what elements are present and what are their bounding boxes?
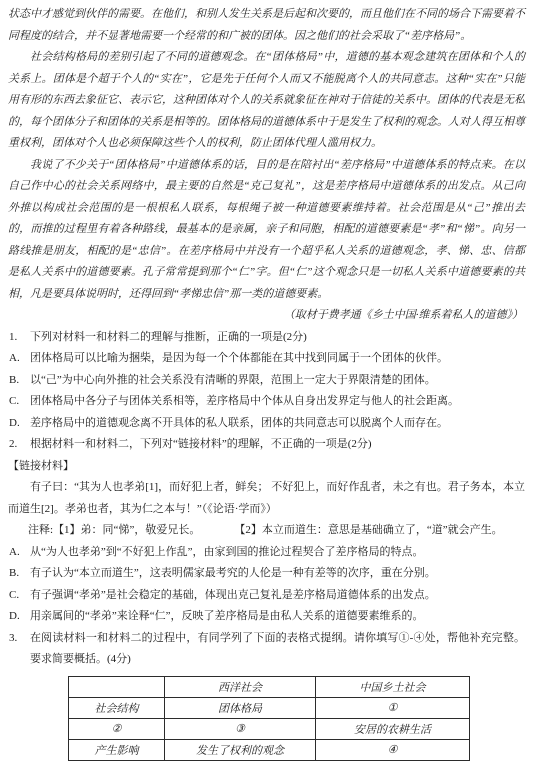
- question-2-text: 根据材料一和材料二，下列对“链接材料”的理解，不正确的一项是(2分): [30, 438, 372, 450]
- question-2-option-a: A.从“为人也孝弟”到“不好犯上作乱”，由家到国的推论过程契合了差序格局的特点。: [8, 542, 525, 564]
- option-a-label: A.: [9, 542, 20, 564]
- table-header-china: 中国乡土社会: [316, 676, 470, 697]
- question-2-option-b: B.有子认为“本立而道生”，这表明儒家最考究的人伦是一种有差等的次序，重在分别。: [8, 563, 525, 585]
- cell-value: 安居的农耕生活: [316, 718, 470, 739]
- table-row-influence: 产生影响 发生了权利的观念 ④: [69, 739, 470, 760]
- table-header-row: 西洋社会 中国乡土社会: [69, 676, 470, 697]
- material-paragraph-continuation: 状态中才感觉到伙伴的需要。在他们，和别人发生关系是后起和次要的，而且他们在不同的…: [8, 4, 525, 47]
- exam-page: 状态中才感觉到伙伴的需要。在他们，和别人发生关系是后起和次要的，而且他们在不同的…: [0, 0, 534, 762]
- material-paragraph: 社会结构格局的差别引起了不同的道德观念。在“团体格局”中，道德的基本观念建筑在团…: [8, 47, 525, 155]
- reading-material: 状态中才感觉到伙伴的需要。在他们，和别人发生关系是后起和次要的，而且他们在不同的…: [8, 4, 525, 327]
- linked-material-quote: 有子曰：“其为人也孝弟[1]，而好犯上者，鲜矣； 不好犯上，而好作乱者，未之有也…: [8, 477, 525, 520]
- option-c-label: C.: [9, 391, 19, 413]
- question-3-text: 在阅读材料一和材料二的过程中，有同学列了下面的表格式提纲。请你填写①-④处，帮他…: [30, 632, 525, 666]
- cell-blank-2: ②: [69, 718, 165, 739]
- option-a-text: 从“为人也孝弟”到“不好犯上作乱”，由家到国的推论过程契合了差序格局的特点。: [30, 546, 424, 558]
- cell-blank-1: ①: [316, 697, 470, 718]
- table-header-western: 西洋社会: [165, 676, 316, 697]
- option-b-text: 有子认为“本立而道生”，这表明儒家最考究的人伦是一种有差等的次序，重在分别。: [30, 567, 436, 579]
- question-3: 3.在阅读材料一和材料二的过程中，有同学列了下面的表格式提纲。请你填写①-④处，…: [8, 628, 525, 761]
- option-d-text: 用亲属间的“孝弟”来诠释“仁”，反映了差序格局是由私人关系的道德要素维系的。: [30, 610, 424, 622]
- question-1-stem: 1.下列对材料一和材料二的理解与推断，正确的一项是(2分): [8, 327, 525, 349]
- note-1: 【1】弟：同“悌”，敬爱兄长。: [53, 524, 200, 536]
- table-row-cause: ② ③ 安居的农耕生活: [69, 718, 470, 739]
- question-2: 2.根据材料一和材料二，下列对“链接材料”的理解，不正确的一项是(2分) 【链接…: [8, 434, 525, 628]
- question-1-number: 1.: [9, 327, 17, 349]
- question-1: 1.下列对材料一和材料二的理解与推断，正确的一项是(2分) A.团体格局可以比喻…: [8, 327, 525, 435]
- option-d-label: D.: [9, 606, 20, 628]
- cell-blank-3: ③: [165, 718, 316, 739]
- cell-blank-4: ④: [316, 739, 470, 760]
- option-d-label: D.: [9, 413, 20, 435]
- option-b-text: 以“己”为中心向外推的社会关系没有清晰的界限，范围上一定大于界限清楚的团体。: [30, 374, 436, 386]
- option-b-label: B.: [9, 370, 19, 392]
- table-row-structure: 社会结构 团体格局 ①: [69, 697, 470, 718]
- option-c-label: C.: [9, 585, 19, 607]
- question-2-number: 2.: [9, 434, 17, 456]
- question-1-option-d: D.差序格局中的道德观念离不开具体的私人联系，团体的共同意志可以脱离个人而存在。: [8, 413, 525, 435]
- source-attribution: （取材于费孝通《乡土中国·维系着私人的道德》）: [8, 305, 525, 327]
- question-2-stem: 2.根据材料一和材料二，下列对“链接材料”的理解，不正确的一项是(2分): [8, 434, 525, 456]
- question-1-option-b: B.以“己”为中心向外推的社会关系没有清晰的界限，范围上一定大于界限清楚的团体。: [8, 370, 525, 392]
- option-a-text: 团体格局可以比喻为捆柴，是因为每一个个体都能在其中找到同属于一个团体的伙伴。: [30, 352, 448, 364]
- question-2-option-d: D.用亲属间的“孝弟”来诠释“仁”，反映了差序格局是由私人关系的道德要素维系的。: [8, 606, 525, 628]
- outline-table: 西洋社会 中国乡土社会 社会结构 团体格局 ① ② ③ 安居的农耕生活 产生影响…: [68, 676, 470, 761]
- note-2: 【2】本立而道生：意思是基础确立了，“道”就会产生。: [234, 520, 502, 542]
- option-a-label: A.: [9, 348, 20, 370]
- notes-label: 注释:: [28, 524, 53, 536]
- row-label: 产生影响: [69, 739, 165, 760]
- question-1-text: 下列对材料一和材料二的理解与推断，正确的一项是(2分): [30, 331, 307, 343]
- question-2-option-c: C.有子强调“孝弟”是社会稳定的基础，体现出克己复礼是差序格局道德体系的出发点。: [8, 585, 525, 607]
- option-c-text: 团体格局中各分子与团体关系相等，差序格局中个体从自身出发界定与他人的社会距离。: [30, 395, 459, 407]
- option-d-text: 差序格局中的道德观念离不开具体的私人联系，团体的共同意志可以脱离个人而存在。: [30, 417, 448, 429]
- linked-material-notes: 注释:【1】弟：同“悌”，敬爱兄长。 【2】本立而道生：意思是基础确立了，“道”…: [8, 520, 525, 542]
- question-3-stem: 3.在阅读材料一和材料二的过程中，有同学列了下面的表格式提纲。请你填写①-④处，…: [8, 628, 525, 671]
- option-b-label: B.: [9, 563, 19, 585]
- table-header-empty: [69, 676, 165, 697]
- linked-material-heading: 【链接材料】: [8, 456, 525, 478]
- question-1-option-c: C.团体格局中各分子与团体关系相等，差序格局中个体从自身出发界定与他人的社会距离…: [8, 391, 525, 413]
- question-3-number: 3.: [9, 628, 17, 650]
- notes-part-1: 注释:【1】弟：同“悌”，敬爱兄长。: [28, 520, 200, 542]
- row-label: 社会结构: [69, 697, 165, 718]
- question-1-option-a: A.团体格局可以比喻为捆柴，是因为每一个个体都能在其中找到同属于一个团体的伙伴。: [8, 348, 525, 370]
- questions-section: 1.下列对材料一和材料二的理解与推断，正确的一项是(2分) A.团体格局可以比喻…: [8, 327, 525, 761]
- material-paragraph: 我说了不少关于“团体格局”中道德体系的话，目的是在陪衬出“差序格局”中道德体系的…: [8, 155, 525, 306]
- cell-value: 团体格局: [165, 697, 316, 718]
- option-c-text: 有子强调“孝弟”是社会稳定的基础，体现出克己复礼是差序格局道德体系的出发点。: [30, 589, 436, 601]
- cell-value: 发生了权利的观念: [165, 739, 316, 760]
